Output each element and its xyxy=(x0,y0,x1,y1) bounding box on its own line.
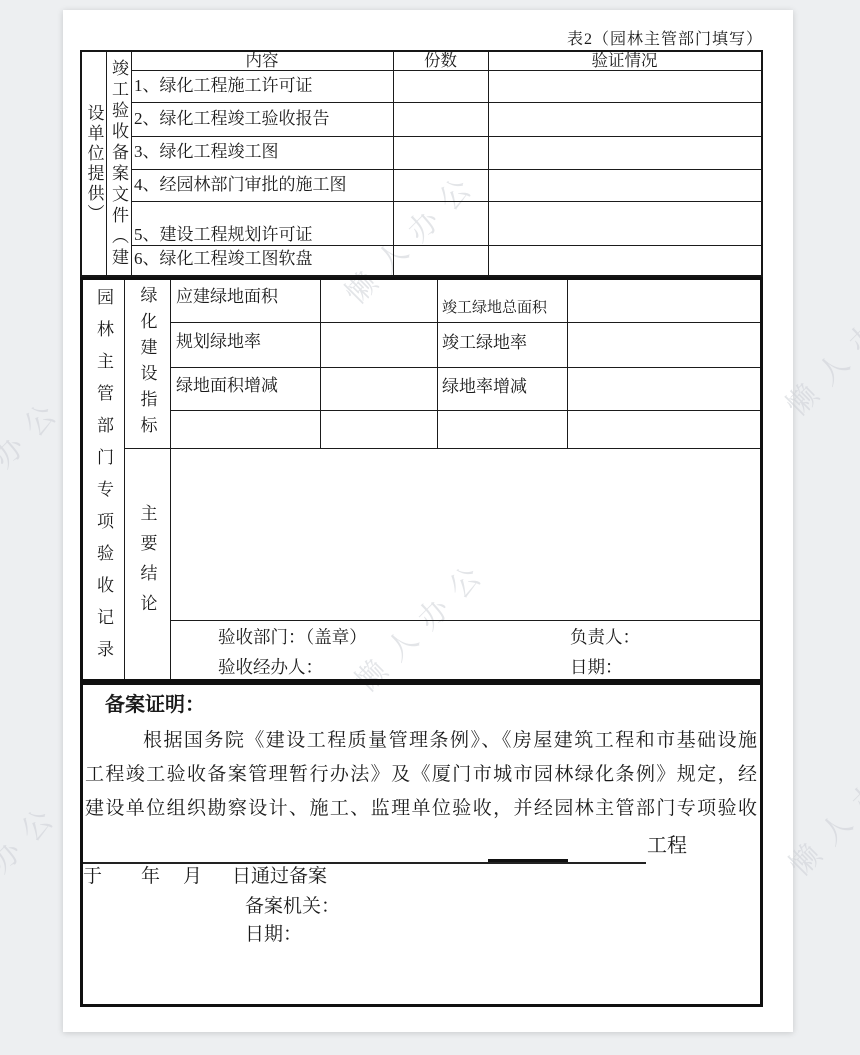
indicator-right-value-cell xyxy=(567,322,760,367)
header-copies: 份数 xyxy=(393,52,488,70)
doc-row-verification-cell xyxy=(488,70,761,102)
divider xyxy=(170,410,760,411)
doc-row-verification-cell xyxy=(488,136,761,169)
year-label: 年 xyxy=(141,866,160,887)
conclusion-cell xyxy=(170,448,760,620)
doc-row-copies-cell xyxy=(393,201,488,245)
divider xyxy=(437,280,438,448)
indicator-group-label: 绿化建设指标 xyxy=(135,286,160,442)
record-date-label: 日期： xyxy=(570,657,623,678)
doc-row-label: 4、经园林部门审批的施工图 xyxy=(134,169,392,201)
certificate-body-line: 建设单位组织勘察设计、施工、监理单位验收，并经园林主管部门专项验收 xyxy=(85,797,757,821)
header-verification: 验证情况 xyxy=(488,52,761,70)
day-pass-label: 日通过备案 xyxy=(232,866,327,887)
doc-row-copies-cell xyxy=(393,70,488,102)
doc-row-label: 3、绿化工程竣工图 xyxy=(134,136,392,169)
certificate-title: 备案证明： xyxy=(105,693,205,717)
indicator-right-value-cell xyxy=(567,280,760,322)
acceptance-record-section: 园林主管部门专项验收记录 绿化建设指标 主要结论 应建绿地面积 竣工绿地总面积 … xyxy=(80,277,763,682)
side-record-label: 园林主管部门专项验收记录 xyxy=(91,288,116,672)
side-col-provider: 设单位提供） xyxy=(82,52,106,275)
doc-row-label: 1、绿化工程施工许可证 xyxy=(134,70,392,102)
doc-row-verification-cell xyxy=(488,245,761,273)
indicator-left-label: 应建绿地面积 xyxy=(176,287,278,307)
indicator-left-value-cell xyxy=(320,367,437,410)
project-suffix-label: 工程 xyxy=(647,834,687,858)
conclusion-group-col: 主要结论 xyxy=(124,448,170,679)
side-col-provider-label: 设单位提供） xyxy=(82,104,107,224)
doc-row-label: 5、建设工程规划许可证 xyxy=(134,201,392,248)
certificate-body-line: 工程竣工验收备案管理暂行办法》及《厦门市城市园林绿化条例》规定，经 xyxy=(85,763,757,787)
certificate-date-label: 日期： xyxy=(245,924,302,947)
principal-label: 负责人： xyxy=(570,627,640,648)
doc-row-copies-cell xyxy=(393,136,488,169)
indicator-right-label: 竣工绿地率 xyxy=(442,333,527,353)
filing-documents-table: 设单位提供） 竣工验收备案文件（建 内容 份数 验证情况 1、绿化工程施工许可证… xyxy=(80,50,763,277)
conclusion-group-label: 主要结论 xyxy=(135,504,160,624)
pass-prefix-label: 于 xyxy=(83,866,102,887)
side-record-col: 园林主管部门专项验收记录 xyxy=(83,280,124,679)
side-col-docs: 竣工验收备案文件（建 xyxy=(106,52,131,275)
doc-row-label: 6、绿化工程竣工图软盘 xyxy=(134,245,392,273)
doc-row-copies-cell xyxy=(393,245,488,273)
indicator-right-label: 绿地率增减 xyxy=(442,377,527,397)
doc-row-verification-cell xyxy=(488,169,761,201)
indicator-right-label: 竣工绿地总面积 xyxy=(442,299,547,317)
indicator-group-col: 绿化建设指标 xyxy=(124,280,170,448)
indicator-left-label: 绿地面积增减 xyxy=(176,376,278,396)
handler-label: 验收经办人： xyxy=(218,657,323,678)
project-name-blank xyxy=(488,859,568,862)
certificate-body-line: 根据国务院《建设工程质量管理条例》、《房屋建筑工程和市基础设施 xyxy=(143,729,757,753)
table-number-note: 表2（园林主管部门填写） xyxy=(567,26,763,49)
divider xyxy=(131,52,132,275)
indicator-right-value-cell xyxy=(567,367,760,410)
divider xyxy=(170,620,760,621)
indicator-left-value-cell xyxy=(320,280,437,322)
acceptance-dept-label: 验收部门：（盖章） xyxy=(218,627,367,648)
side-col-docs-label: 竣工验收备案文件（建 xyxy=(106,59,131,269)
filing-certificate-section: 备案证明： 根据国务院《建设工程质量管理条例》、《房屋建筑工程和市基础设施 工程… xyxy=(80,682,763,1007)
doc-row-verification-cell xyxy=(488,201,761,245)
doc-row-copies-cell xyxy=(393,102,488,136)
scanned-form-canvas: 懒人办公 懒人办公 懒人办公 懒人办公 懒人办公 懒人办公 表2（园林主管部门填… xyxy=(0,0,860,1055)
authority-label: 备案机关： xyxy=(245,896,340,919)
month-label: 月 xyxy=(183,866,202,887)
indicator-left-label: 规划绿地率 xyxy=(176,332,261,352)
doc-row-copies-cell xyxy=(393,169,488,201)
doc-row-label: 2、绿化工程竣工验收报告 xyxy=(134,102,392,136)
indicator-left-value-cell xyxy=(320,322,437,367)
header-content: 内容 xyxy=(131,52,393,70)
doc-row-verification-cell xyxy=(488,102,761,136)
